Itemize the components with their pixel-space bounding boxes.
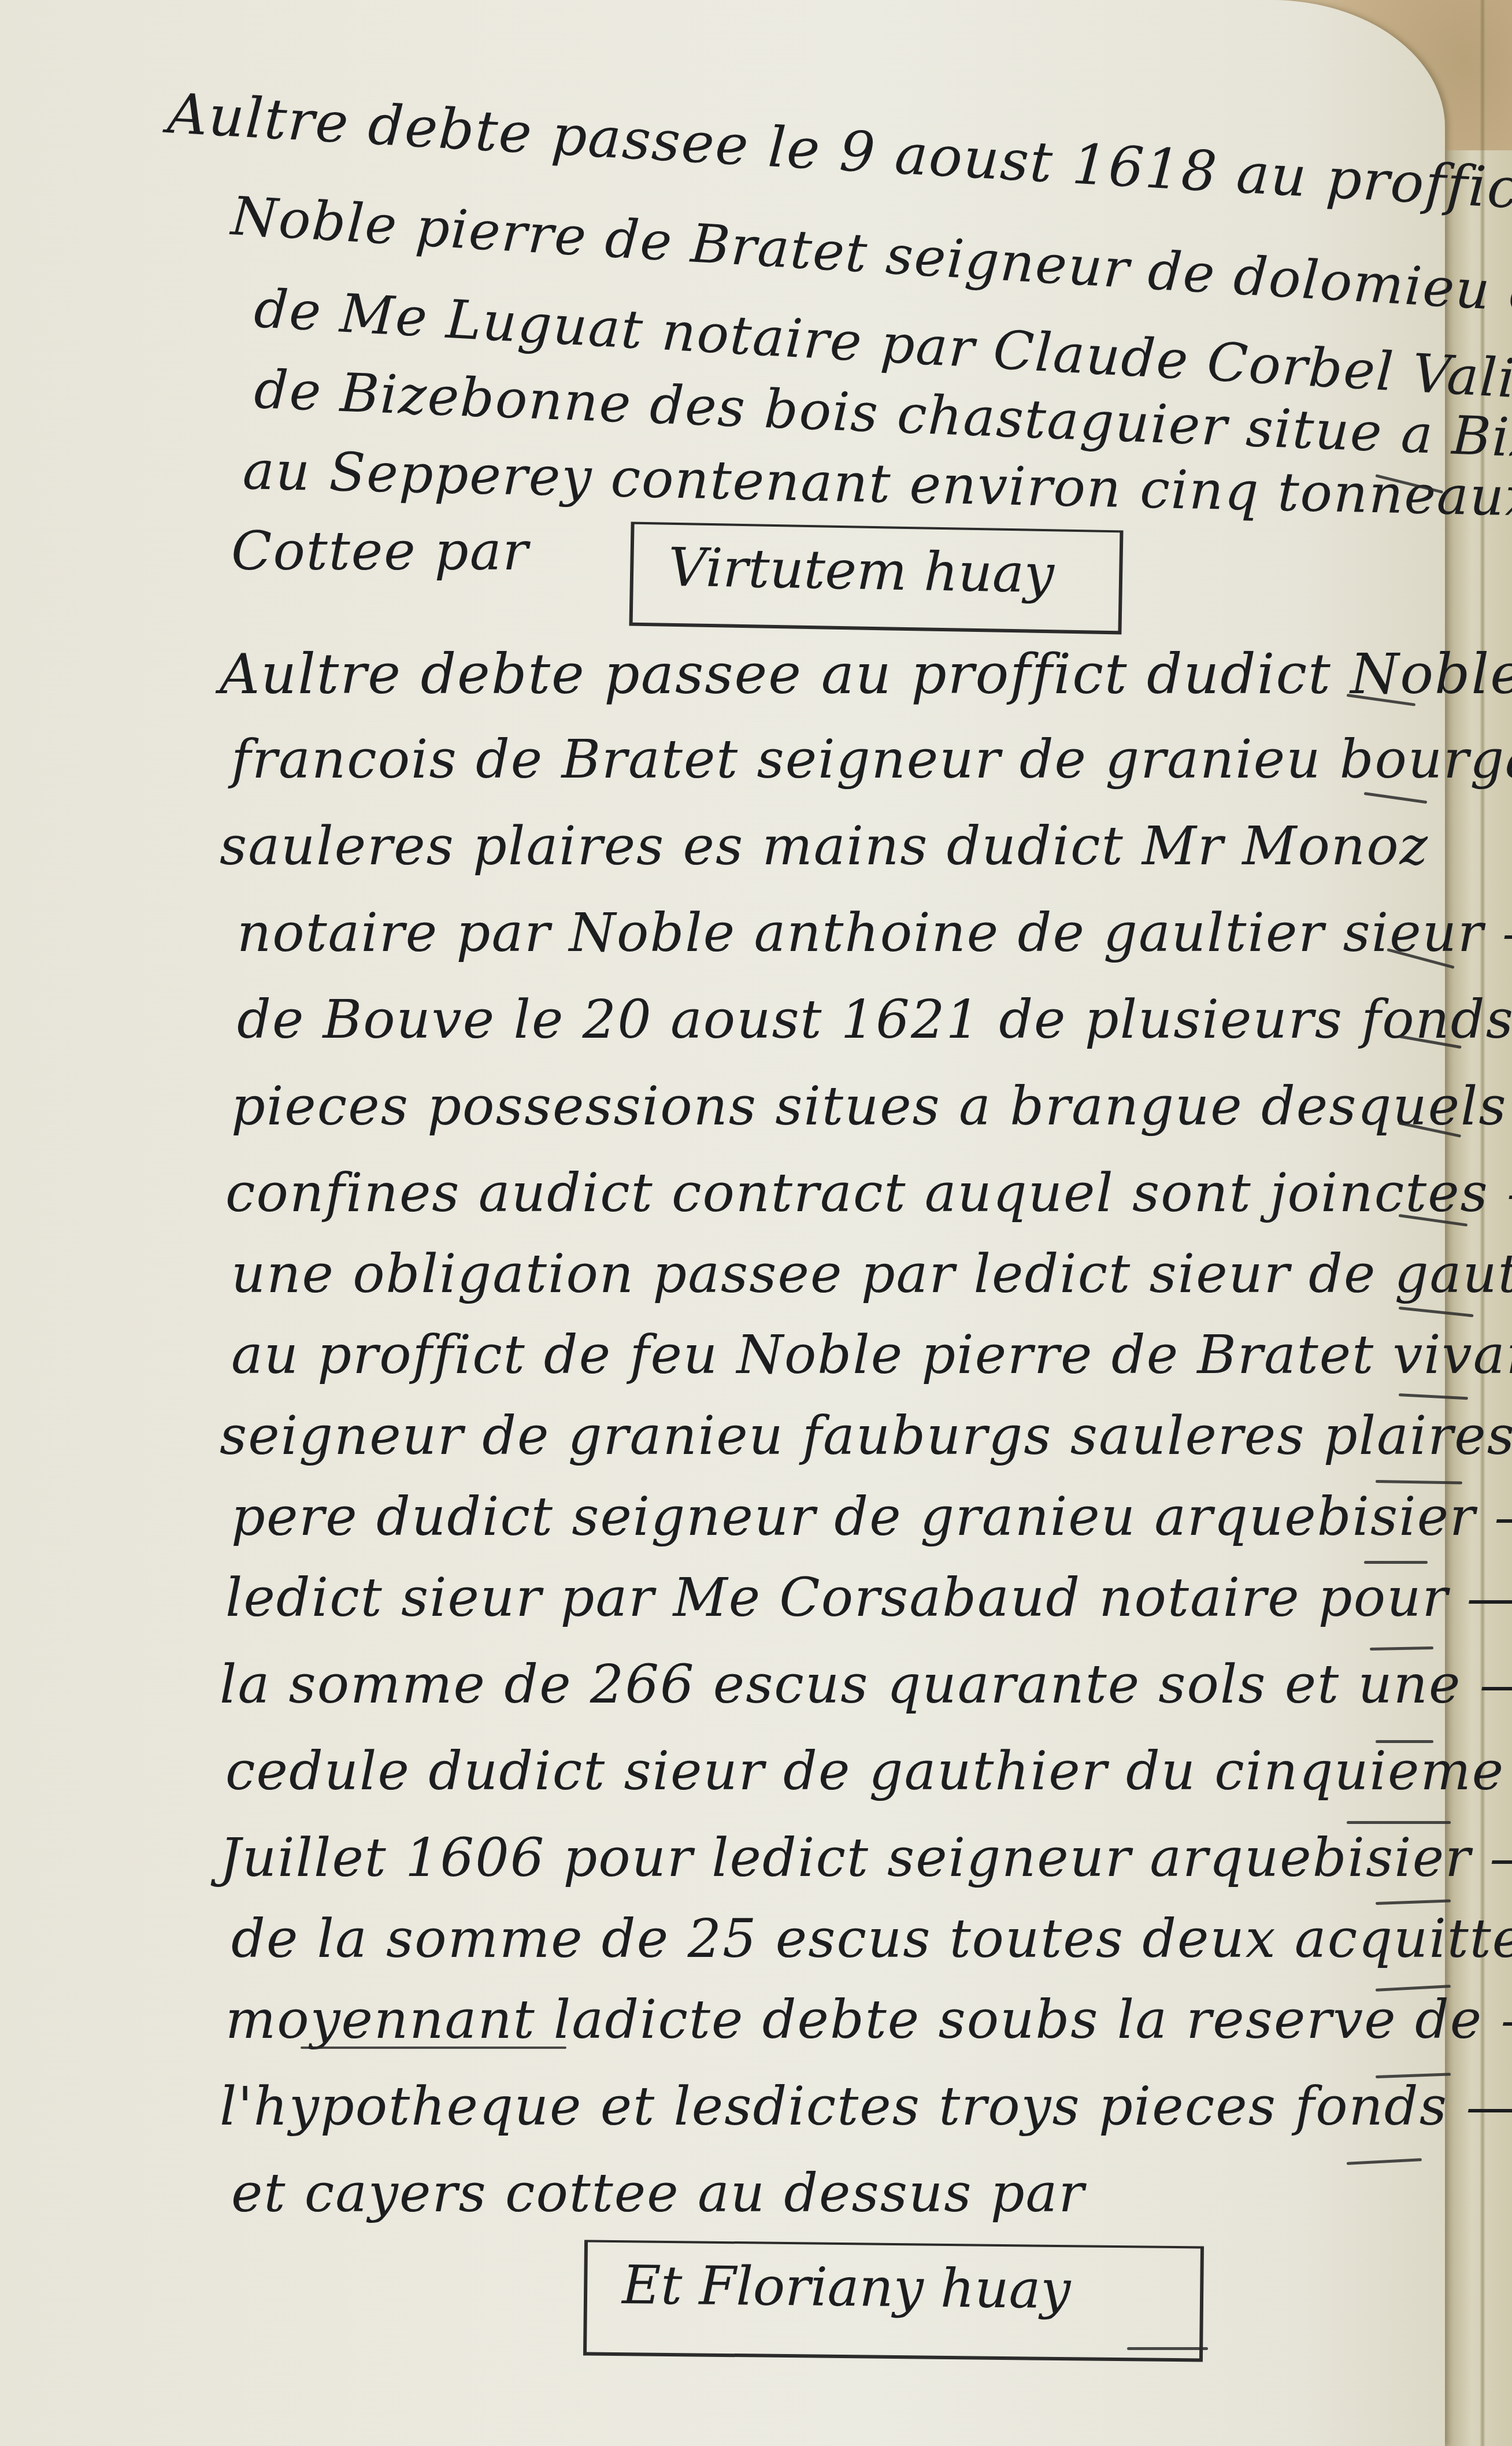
entry-2-line-6: pieces possessions situes a brangue desq… — [231, 1075, 1512, 1137]
entry-2-line-17: moyennant ladicte debte soubs la reserve… — [225, 1989, 1512, 2051]
entry-2-line-19: et cayers cottee au dessus par — [231, 2162, 1085, 2224]
entry-2-line-2: francois de Bratet seigneur de granieu b… — [231, 728, 1512, 790]
line-filler-stroke — [1364, 1561, 1428, 1564]
entry-2-line-1: Aultre debte passee au proffict dudict N… — [220, 642, 1512, 706]
marginal-note-text-1: Virtutem huay — [668, 536, 1054, 605]
entry-2-line-3: sauleres plaires es mains dudict Mr Mono… — [220, 815, 1429, 877]
marginal-note-box-1: Virtutem huay — [629, 522, 1123, 635]
entry-2-line-4: notaire par Noble anthoine de gaultier s… — [237, 902, 1512, 964]
line-filler-stroke — [1347, 1821, 1451, 1824]
entry-2-line-8: une obligation passee par ledict sieur d… — [231, 1243, 1512, 1305]
entry-2-line-18: l'hypotheque et lesdictes troys pieces f… — [220, 2075, 1512, 2137]
entry-2-line-13: la somme de 266 escus quarante sols et u… — [220, 1653, 1512, 1715]
marginal-note-box-2: Et Floriany huay — [583, 2240, 1204, 2362]
underline-stroke — [1127, 2347, 1208, 2350]
entry-2-line-9: au proffict de feu Noble pierre de Brate… — [231, 1324, 1512, 1386]
entry-2-line-5: de Bouve le 20 aoust 1621 de plusieurs f… — [237, 989, 1512, 1050]
entry-2-line-11: pere dudict seigneur de granieu arquebis… — [231, 1486, 1512, 1548]
strikethrough-stroke — [301, 2047, 566, 2049]
marginal-note-text-2: Et Floriany huay — [622, 2254, 1071, 2321]
entry-2-line-10: seigneur de granieu fauburgs sauleres pl… — [220, 1405, 1512, 1467]
entry-1-line-6: Cottee par — [231, 520, 529, 582]
entry-2-line-15: Juillet 1606 pour ledict seigneur arqueb… — [220, 1827, 1512, 1889]
line-filler-stroke — [1376, 1740, 1433, 1743]
entry-2-line-7: confines audict contract auquel sont joi… — [225, 1162, 1512, 1224]
entry-2-line-12: ledict sieur par Me Corsabaud notaire po… — [225, 1567, 1512, 1629]
entry-2-line-16: de la somme de 25 escus toutes deux acqu… — [231, 1908, 1512, 1970]
entry-2-line-14: cedule dudict sieur de gauthier du cinqu… — [225, 1740, 1512, 1802]
